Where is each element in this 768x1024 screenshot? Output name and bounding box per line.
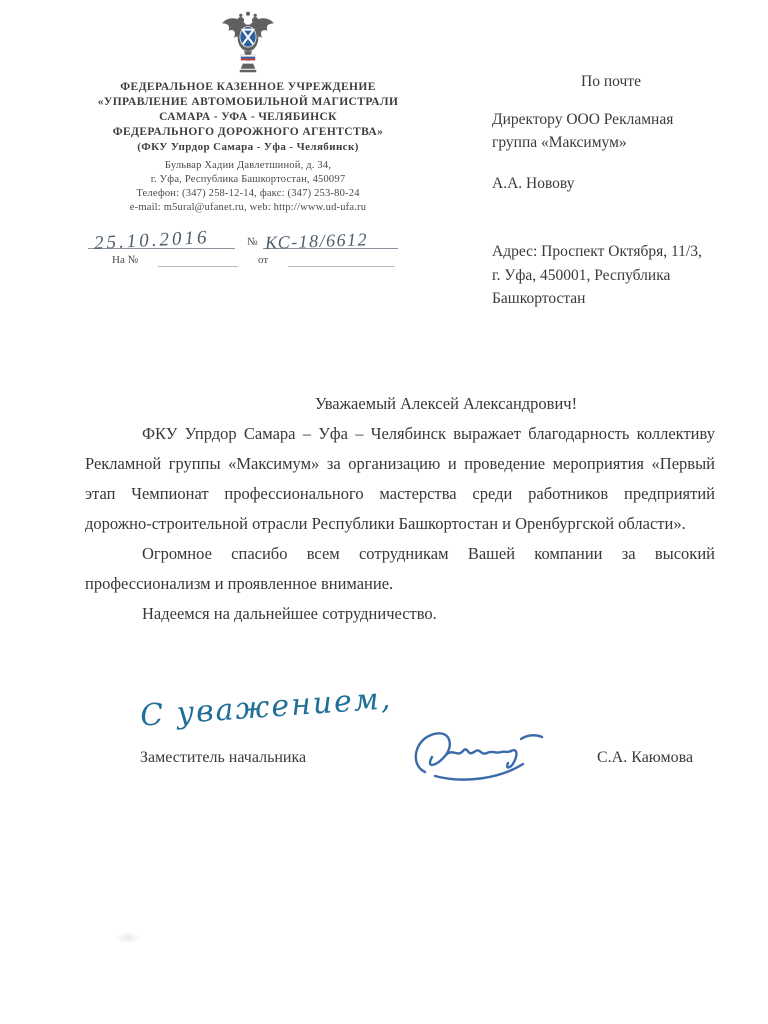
- recipient-address-line: Башкортостан: [492, 287, 744, 311]
- handwritten-doc-number: КС-18/6612: [265, 229, 369, 254]
- delivery-method: По почте: [492, 70, 744, 94]
- addressee-line: Директору ООО Рекламная: [492, 108, 744, 132]
- addressee: Директору ООО Рекламная группа «Максимум…: [492, 108, 744, 155]
- signer-name: С.А. Каюмова: [597, 749, 693, 767]
- letter-body: Уважаемый Алексей Александрович! ФКУ Упр…: [85, 389, 715, 629]
- faint-scan-artifact: [115, 931, 141, 944]
- org-name-line: ФЕДЕРАЛЬНОЕ КАЗЕННОЕ УЧРЕЖДЕНИЕ: [70, 80, 426, 95]
- tricolor-ribbon: [241, 55, 255, 61]
- org-contact-block: Бульвар Хадии Давлетшиной, д. 34, г. Уфа…: [70, 159, 426, 215]
- handwritten-signature: [405, 722, 580, 799]
- scanned-letter-page: ФЕДЕРАЛЬНОЕ КАЗЕННОЕ УЧРЕЖДЕНИЕ «УПРАВЛЕ…: [0, 0, 768, 1024]
- signer-title: Заместитель начальника: [140, 749, 306, 767]
- body-paragraph: ФКУ Упрдор Самара – Уфа – Челябинск выра…: [85, 419, 715, 539]
- body-paragraph: Огромное спасибо всем сотрудникам Вашей …: [85, 539, 715, 599]
- org-name-line: ФЕДЕРАЛЬНОГО ДОРОЖНОГО АГЕНТСТВА»: [70, 125, 426, 140]
- org-name-line: САМАРА - УФА - ЧЕЛЯБИНСК: [70, 110, 426, 125]
- date-field: 25.10.2016: [88, 224, 235, 249]
- coat-of-arms-emblem: [218, 10, 278, 76]
- org-phone-line: Телефон: (347) 258-12-14, факс: (347) 25…: [70, 187, 426, 201]
- addressee-line: группа «Максимум»: [492, 131, 744, 155]
- handwritten-date: 25.10.2016: [94, 227, 210, 255]
- in-reply-field: [158, 252, 238, 267]
- org-name-line: «УПРАВЛЕНИЕ АВТОМОБИЛЬНОЙ МАГИСТРАЛИ: [70, 95, 426, 110]
- letterhead: ФЕДЕРАЛЬНОЕ КАЗЕННОЕ УЧРЕЖДЕНИЕ «УПРАВЛЕ…: [70, 10, 426, 215]
- org-email-line: e-mail: m5ural@ufanet.ru, web: http://ww…: [70, 201, 426, 215]
- from-date-field: [288, 252, 395, 267]
- body-paragraph: Надеемся на дальнейшее сотрудничество.: [85, 599, 715, 629]
- doc-number-field: КС-18/6612: [263, 224, 398, 249]
- recipient-address-line: Адрес: Проспект Октября, 11/3,: [492, 240, 744, 264]
- recipient-address-line: г. Уфа, 450001, Республика: [492, 264, 744, 288]
- double-headed-eagle-icon: [218, 10, 278, 76]
- in-reply-label: На №: [112, 254, 138, 266]
- org-short-name-line: (ФКУ Упрдор Самара - Уфа - Челябинск): [70, 140, 426, 155]
- addressee-name: А.А. Новову: [492, 172, 744, 196]
- org-street-line: Бульвар Хадии Давлетшиной, д. 34,: [70, 159, 426, 173]
- number-label: №: [247, 236, 258, 248]
- from-date-label: от: [258, 254, 268, 266]
- recipient-address-block: Адрес: Проспект Октября, 11/3, г. Уфа, 4…: [492, 240, 744, 311]
- salutation: Уважаемый Алексей Александрович!: [177, 389, 715, 419]
- handwritten-closing: С уважением,: [139, 681, 391, 733]
- recipient-block: По почте Директору ООО Рекламная группа …: [492, 70, 744, 195]
- org-city-line: г. Уфа, Республика Башкортостан, 450097: [70, 173, 426, 187]
